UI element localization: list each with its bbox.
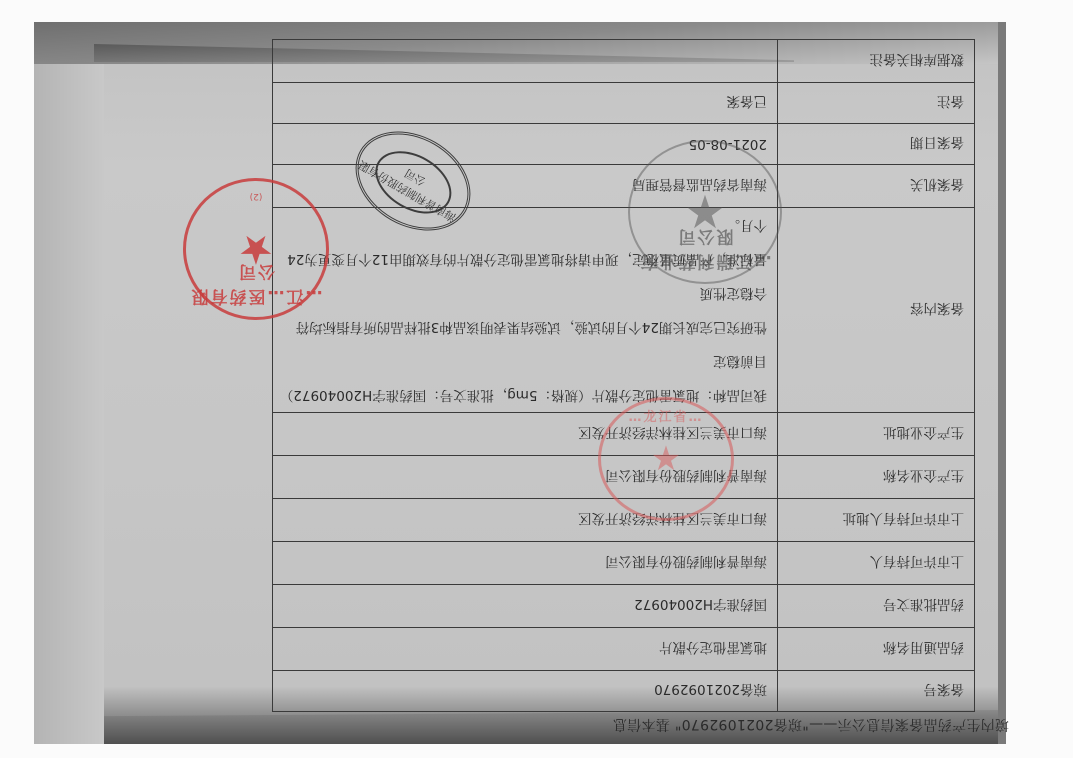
paper-edge-left xyxy=(34,62,104,744)
seal-code: (2) xyxy=(186,191,326,201)
row-value xyxy=(273,40,778,83)
company-seal-red: …江…医药有限公司 ★ (2) xyxy=(183,178,329,320)
row-label: 备案日期 xyxy=(778,124,975,165)
row-label: 备注 xyxy=(778,83,975,124)
seal-text: …龙江省… xyxy=(601,406,731,425)
row-value: 地氯雷他定分散片 xyxy=(273,628,778,671)
star-icon: ★ xyxy=(684,189,725,235)
row-label: 上市许可持有人地址 xyxy=(778,499,975,542)
star-icon: ★ xyxy=(651,442,681,476)
row-value: 琼备2021092970 xyxy=(273,671,778,712)
company-seal-gray: …江瑞利药业有限公司 ★ xyxy=(628,140,782,284)
filing-content-line: 性研究已完成长期24个月的试验，试验结果表明该品种3批样品的所有指标均符合稳定性… xyxy=(283,276,767,344)
faded-seal-red: …龙江省… ★ xyxy=(598,397,734,521)
row-label: 药品批准文号 xyxy=(778,585,975,628)
table-row: 上市许可持有人 海南普利制药股份有限公司 xyxy=(273,542,975,585)
document-title: 境内生产药品备案信息公示——"琼备2021092970" 基本信息 xyxy=(272,713,1009,735)
row-label: 生产企业名称 xyxy=(778,456,975,499)
row-label: 数据库相关备注 xyxy=(778,40,975,83)
table-row: 药品通用名称 地氯雷他定分散片 xyxy=(273,628,975,671)
table-row: 药品批准文号 国药准字H20040972 xyxy=(273,585,975,628)
table-row: 数据库相关备注 xyxy=(273,40,975,83)
row-value: 海南普利制药股份有限公司 xyxy=(273,542,778,585)
row-value: 已备案 xyxy=(273,83,778,124)
table-row: 备注 已备案 xyxy=(273,83,975,124)
row-label: 生产企业地址 xyxy=(778,413,975,456)
row-label: 备案机关 xyxy=(778,165,975,208)
table-row: 备案内容 我司品种：地氯雷他定分散片（规格：5mg，批准文号：国药准字H2004… xyxy=(273,208,975,413)
row-label: 上市许可持有人 xyxy=(778,542,975,585)
row-label: 药品通用名称 xyxy=(778,628,975,671)
table-row: 备案号 琼备2021092970 xyxy=(273,671,975,712)
row-label: 备案号 xyxy=(778,671,975,712)
row-value: 国药准字H20040972 xyxy=(273,585,778,628)
star-icon: ★ xyxy=(238,229,274,269)
row-label: 备案内容 xyxy=(778,208,975,413)
